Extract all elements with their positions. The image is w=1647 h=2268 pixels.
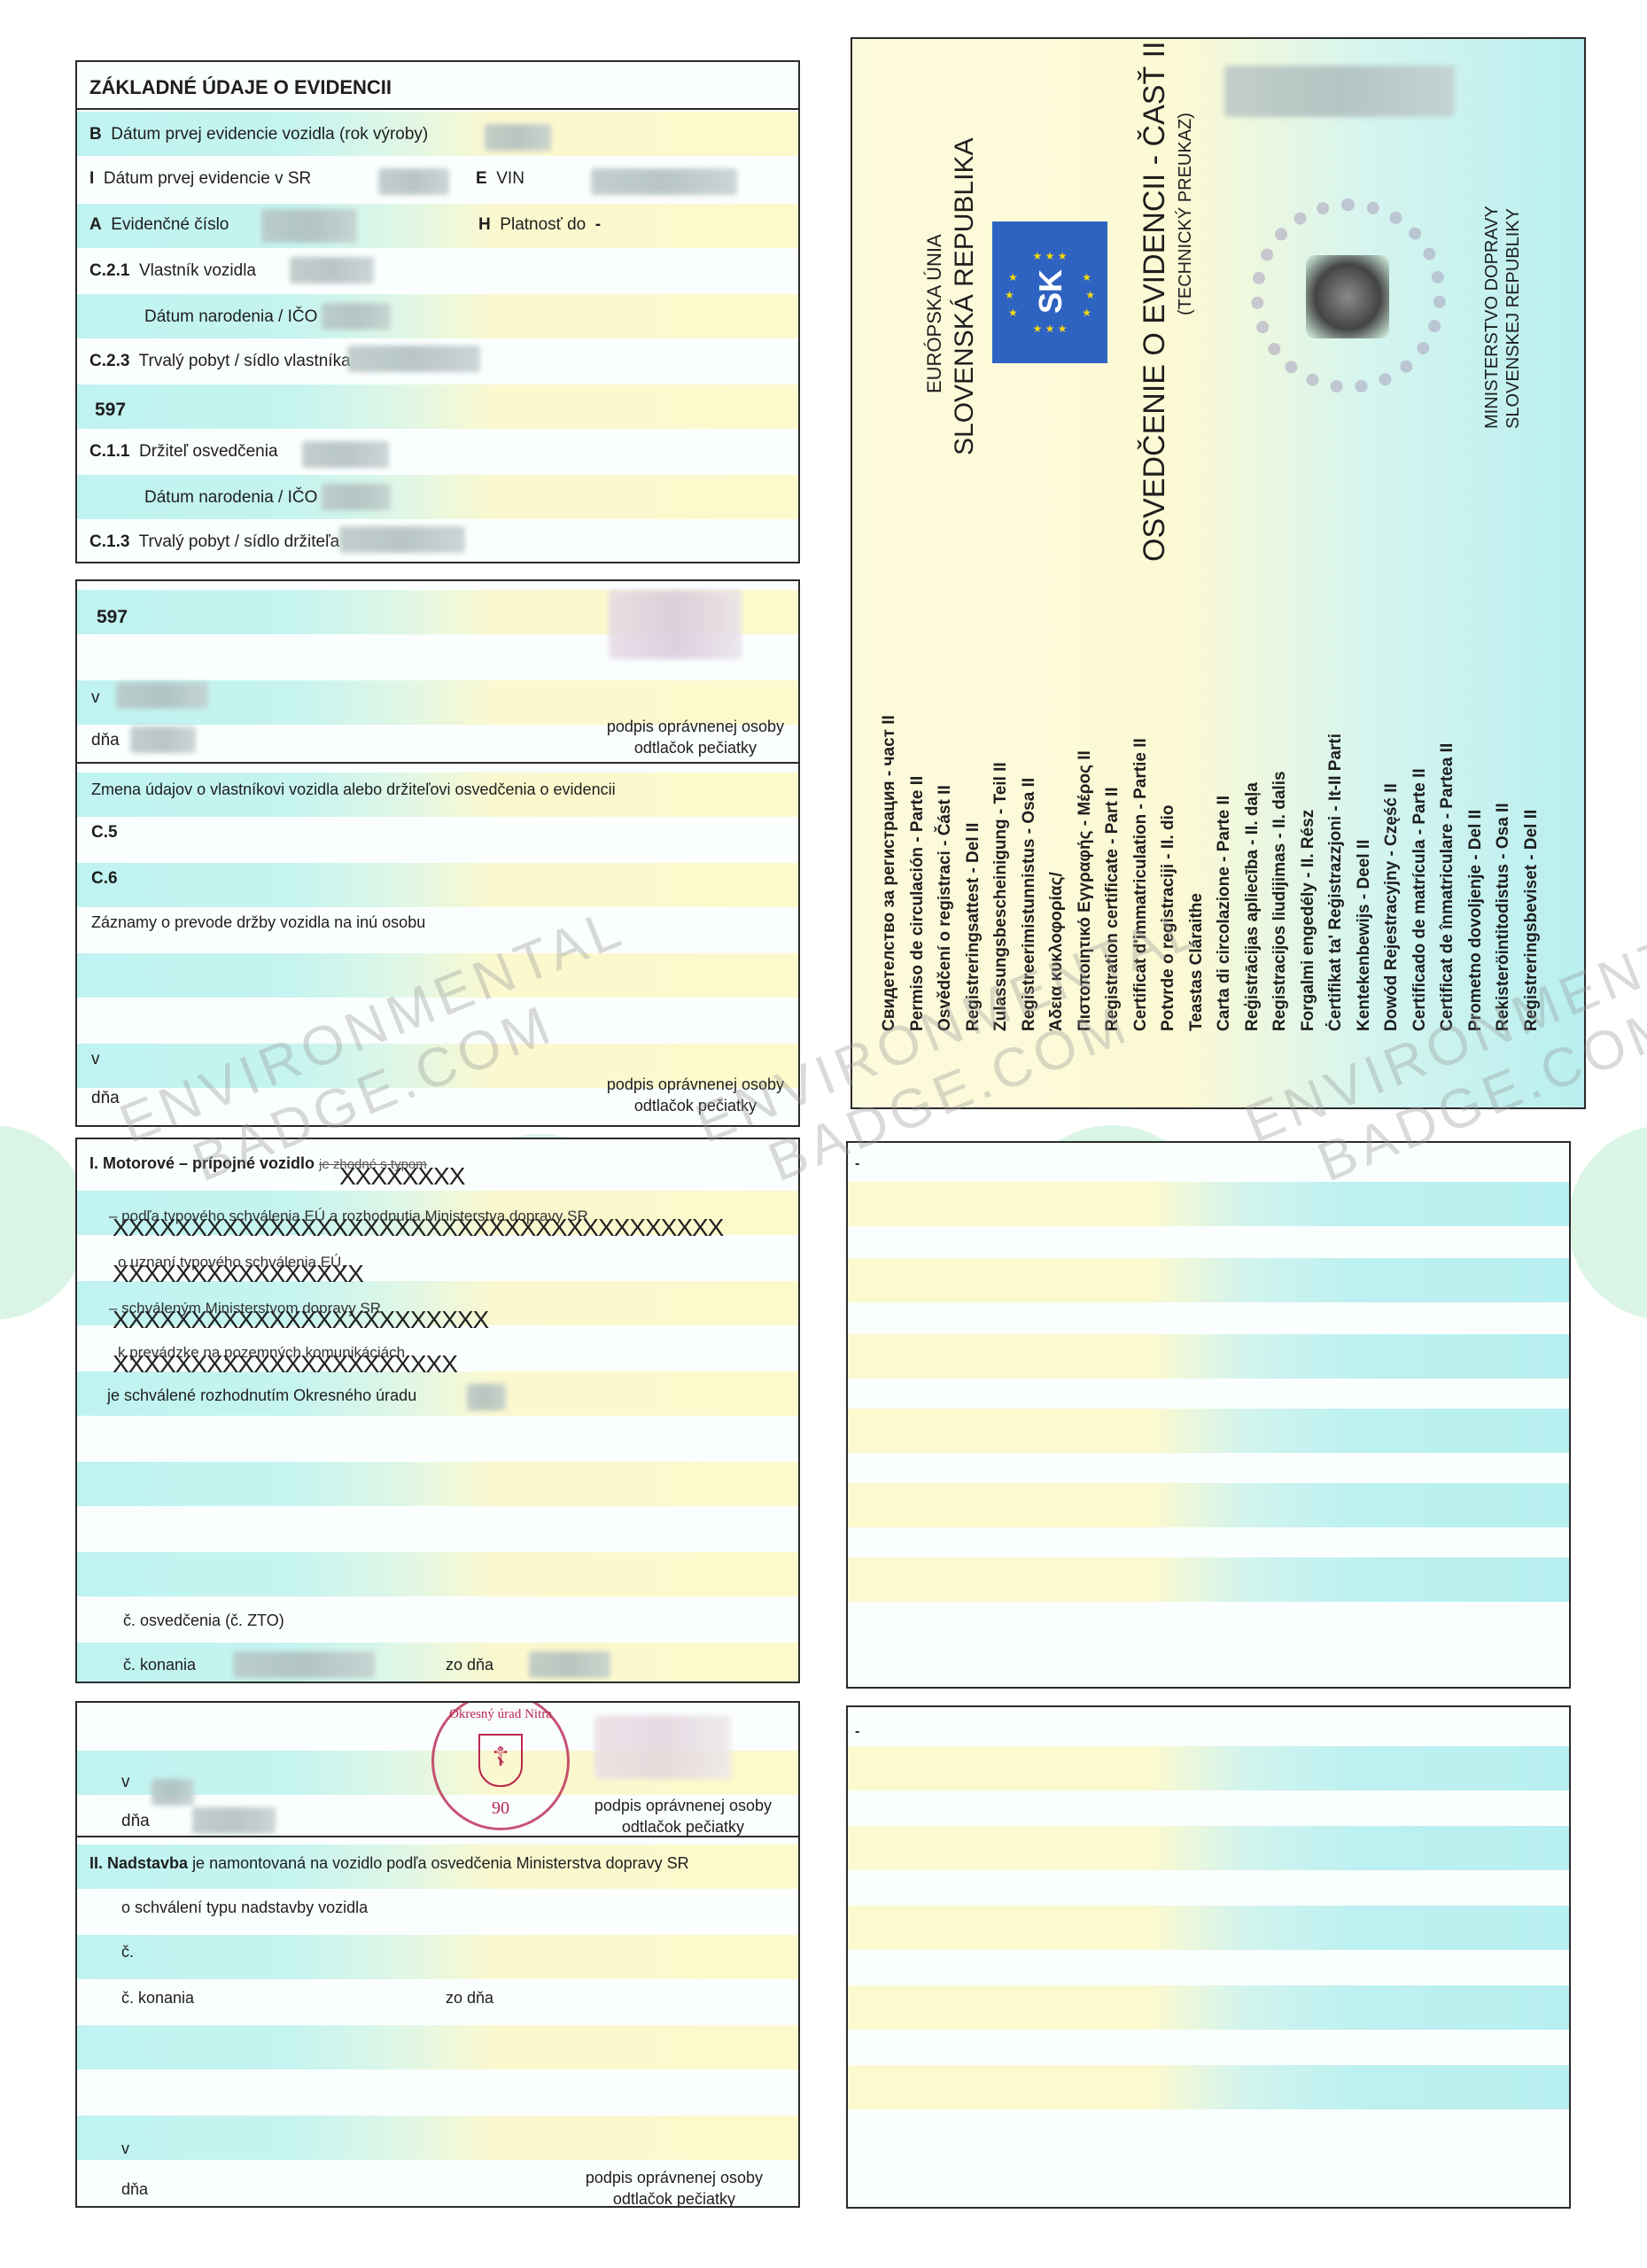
translation-line: Osvědčení o registraci - Část II — [936, 785, 953, 1031]
bodywork-heading-bold: II. Nadstavba — [89, 1854, 188, 1872]
section-divider — [77, 1836, 798, 1837]
field-label: Evidenčné číslo — [111, 215, 229, 234]
translation-line: Registreringsbeviset - Del II — [1523, 810, 1540, 1031]
page-mark: - — [855, 1157, 859, 1171]
sig-line: podpis oprávnenej osoby — [586, 2167, 763, 2188]
proc-no-label: č. konania — [123, 1657, 196, 1673]
redacted-serial — [1224, 66, 1455, 117]
translation-line: Registracijos liudijimas - II. dalis — [1271, 771, 1288, 1031]
bg-band — [77, 2116, 798, 2160]
type-approval-label: o schválení typu nadstavby vozidla — [121, 1899, 368, 1915]
cert-no-label: č. osvedčenia (č. ZTO) — [123, 1612, 284, 1628]
body-proc-no-label: č. konania — [121, 1990, 194, 2006]
redacted-value — [130, 726, 196, 753]
bg-band — [848, 1746, 1569, 1790]
changes-panel: 597 v dňa podpis oprávnenej osobyodtlačo… — [75, 579, 800, 1127]
field-c6: C.6 — [91, 870, 118, 887]
translation-line: Registreerimistunnistus - Osa II — [1021, 778, 1037, 1031]
translation-line: Свидетелство за регистрация - част II — [881, 715, 897, 1031]
field-label: Vlastník vozidla — [139, 261, 256, 280]
field-c11: C.1.1 Držiteľ osvedčenia — [89, 443, 278, 460]
republic-label: SLOVENSKÁ REPUBLIKA — [952, 138, 978, 455]
redacted-value — [116, 682, 208, 709]
translation-line: Reģistrācijas apliecība - II. daļa — [1244, 782, 1261, 1031]
blank-page-b: - — [846, 1705, 1571, 2209]
bg-band — [848, 1258, 1569, 1302]
crossout: XXXXXXXX — [339, 1164, 464, 1189]
redacted-value — [339, 526, 465, 553]
field-code: C.1.3 — [89, 532, 129, 551]
bg-band — [848, 1906, 1569, 1950]
redacted-value — [467, 1384, 506, 1410]
redacted-value — [322, 484, 391, 510]
field-i: I Dátum prvej evidencie v SR — [89, 170, 311, 187]
bg-band — [848, 1483, 1569, 1527]
changes-signature-caption: podpis oprávnenej osobyodtlačok pečiatky — [607, 1074, 784, 1117]
issuance-signature-caption: podpis oprávnenej osobyodtlačok pečiatky — [607, 716, 784, 759]
field-c21: C.2.1 Vlastník vozidla — [89, 262, 256, 279]
redacted-signature — [609, 590, 742, 659]
body-from-date-label: zo dňa — [446, 1990, 493, 2006]
translation-line: Dowód Rejestracyjny - Część II — [1383, 783, 1400, 1031]
field-code: A — [89, 215, 102, 234]
translation-line: Certificat de înmatriculare - Partea II — [1439, 743, 1456, 1031]
watermark-car-circle — [1568, 1125, 1647, 1320]
flag-code: SK — [1035, 269, 1067, 314]
translation-line: Certificado de matrícula - Parte II — [1411, 768, 1428, 1031]
stamp-signature-caption: podpis oprávnenej osobyodtlačok pečiatky — [594, 1795, 772, 1838]
field-c5: C.5 — [91, 824, 118, 841]
field-e: E VIN — [476, 170, 524, 187]
official-stamp: Okresný úrad Nitra ☦ 90 — [431, 1701, 570, 1830]
field-label: VIN — [496, 169, 524, 188]
crossout: XXXXXXXXXXXXXXXXXXXXXXXXXXXXXXXXXXXXXXX — [113, 1216, 723, 1240]
changes-date-label: dňa — [91, 1090, 120, 1107]
field-value: - — [595, 215, 601, 234]
redacted-value — [378, 168, 449, 195]
redacted-vin — [591, 168, 737, 195]
redacted-value — [233, 1651, 375, 1678]
basic-data-panel: ZÁKLADNÉ ÚDAJE O EVIDENCII B Dátum prvej… — [75, 60, 800, 563]
bg-band — [848, 1182, 1569, 1226]
code-597: 597 — [95, 400, 126, 419]
redacted-value — [290, 257, 374, 283]
bg-band — [848, 1985, 1569, 2030]
eu-label: EURÓPSKA ÚNIA — [925, 234, 944, 393]
translation-line: Potvrde o registraciji - II. dio — [1160, 805, 1177, 1032]
redacted-value — [485, 124, 551, 151]
field-label: Dátum prvej evidencie v SR — [104, 169, 311, 188]
blank-page-a: - — [846, 1141, 1571, 1689]
cover-title: OSVEDČENIE O EVIDENCII - ČASŤ II — [1139, 41, 1169, 562]
field-label: Platnosť do — [500, 215, 586, 234]
bg-band — [848, 1334, 1569, 1379]
cover-subtitle: (TECHNICKÝ PREUKAZ) — [1177, 113, 1194, 315]
changes-heading: Zmena údajov o vlastníkovi vozidla alebo… — [91, 781, 616, 797]
translation-line: Carta di circolazione - Parte II — [1216, 796, 1232, 1031]
sig-line: odtlačok pečiatky — [586, 2188, 763, 2208]
basic-heading: ZÁKLADNÉ ÚDAJE O EVIDENCII — [89, 78, 392, 97]
sig-line: podpis oprávnenej osoby — [607, 716, 784, 737]
issuance-place-label: v — [91, 689, 100, 706]
coat-of-arms-icon: ☦ — [478, 1734, 523, 1787]
bodywork-heading-rest: je namontovaná na vozidlo podľa osvedčen… — [192, 1854, 689, 1872]
field-b: B Dátum prvej evidencie vozidla (rok výr… — [89, 126, 428, 143]
redacted-plate — [261, 209, 357, 243]
body-date-label: dňa — [121, 2181, 148, 2197]
issuance-code: 597 — [97, 608, 128, 626]
crossout: XXXXXXXXXXXXXXXXXXXXXXXX — [113, 1308, 488, 1332]
stamp-text: Okresný úrad Nitra — [434, 1707, 567, 1722]
field-label: Trvalý pobyt / sídlo vlastníka — [139, 352, 351, 370]
field-code: E — [476, 169, 487, 188]
field-a: A Evidenčné číslo — [89, 216, 229, 233]
bg-band — [848, 1826, 1569, 1870]
sig-line: odtlačok pečiatky — [594, 1816, 772, 1837]
page-mark: - — [855, 1725, 859, 1739]
field-c23: C.2.3 Trvalý pobyt / sídlo vlastníka — [89, 353, 351, 369]
translation-line: Ċertifikat ta' Reġistrazzjoni - It-II Pa… — [1327, 734, 1344, 1031]
sig-line: podpis oprávnenej osoby — [594, 1795, 772, 1816]
crossout: XXXXXXXXXXXXXXXX — [113, 1262, 363, 1286]
translation-line: Certificat d'immatriculation - Partie II — [1132, 738, 1149, 1031]
bg-band — [77, 384, 798, 429]
translation-line: Rekisteröintitodistus - Osa II — [1495, 803, 1511, 1031]
redacted-value — [151, 1779, 194, 1806]
field-label: Dátum prvej evidencie vozidla (rok výrob… — [111, 125, 428, 144]
issuance-date-label: dňa — [91, 732, 120, 749]
eu-flag-icon: ★ ★ ★ ★★ ★★ ★★ ★ ★ ★ SK — [992, 221, 1107, 363]
translation-line: Teastas Cláraithe — [1188, 893, 1205, 1031]
translation-line: Άδεια κυκλοφορίας/ — [1048, 872, 1065, 1031]
approved-by-label: je schválené rozhodnutím Okresného úradu — [107, 1387, 416, 1403]
motor-heading-bold: I. Motorové – prípojné vozidlo — [89, 1154, 315, 1172]
translation-line: Registreringsattest - Del II — [965, 823, 982, 1031]
sig-line: odtlačok pečiatky — [607, 737, 784, 758]
sig-line: podpis oprávnenej osoby — [607, 1074, 784, 1095]
bg-band — [848, 2065, 1569, 2109]
bg-band — [77, 1935, 798, 1979]
bodywork-panel: v dňa Okresný úrad Nitra ☦ 90 podpis opr… — [75, 1701, 800, 2208]
field-code: C.2.1 — [89, 261, 129, 280]
field-c11-dob: Dátum narodenia / IČO — [144, 489, 317, 506]
redacted-signature — [594, 1715, 731, 1779]
section-divider — [77, 762, 798, 764]
translation-line: Permiso de circulación - Parte II — [909, 776, 926, 1031]
translation-line: Prometno dovoljenje - Del II — [1467, 810, 1484, 1031]
body-signature-caption: podpis oprávnenej osobyodtlačok pečiatky — [586, 2167, 763, 2208]
heading-divider — [77, 108, 798, 110]
field-c13: C.1.3 Trvalý pobyt / sídlo držiteľa — [89, 533, 339, 550]
bg-band — [848, 1557, 1569, 1602]
stamp-date-label: dňa — [121, 1813, 150, 1829]
ministry-line-2: SLOVENSKEJ REPUBLIKY — [1504, 208, 1522, 429]
changes-place-label: v — [91, 1051, 100, 1068]
bg-band — [77, 863, 798, 907]
field-label: Trvalý pobyt / sídlo držiteľa — [139, 532, 340, 551]
bodywork-heading: II. Nadstavba je namontovaná na vozidlo … — [89, 1855, 689, 1871]
field-code: I — [89, 169, 94, 188]
bg-band — [77, 1462, 798, 1506]
redacted-value — [322, 303, 391, 330]
field-label: Držiteľ osvedčenia — [139, 442, 278, 461]
bg-band — [77, 2025, 798, 2070]
stamp-number: 90 — [434, 1798, 567, 1819]
field-code: C.1.1 — [89, 442, 129, 461]
ministry-line-1: MINISTERSTVO DOPRAVY — [1483, 206, 1501, 429]
translation-line: Forgalmi engedély - II. Rész — [1300, 810, 1317, 1031]
redacted-value — [302, 441, 389, 468]
field-code: C.2.3 — [89, 352, 129, 370]
field-code: H — [478, 215, 491, 234]
motor-vehicle-panel: I. Motorové – prípojné vozidlo je zhodné… — [75, 1138, 800, 1683]
translation-line: Kentekenbewijs - Deel II — [1356, 840, 1372, 1031]
cover-page: EURÓPSKA ÚNIA SLOVENSKÁ REPUBLIKA ★ ★ ★ … — [851, 37, 1586, 1109]
redacted-value — [192, 1807, 276, 1834]
bg-band — [848, 1409, 1569, 1453]
hologram-icon — [1251, 198, 1446, 393]
body-place-label: v — [121, 2140, 129, 2156]
stamp-place-label: v — [121, 1774, 130, 1790]
body-no-label: č. — [121, 1944, 134, 1960]
bg-band — [77, 1552, 798, 1596]
translation-line: Πιστοποιητικό Εγγραφής - Μέρος II — [1076, 750, 1093, 1031]
bg-band — [77, 953, 798, 998]
redacted-value — [347, 346, 480, 372]
translation-line: Zulassungsbescheinigung - Teil II — [992, 762, 1009, 1031]
field-c21-dob: Dátum narodenia / IČO — [144, 308, 317, 325]
crossout: XXXXXXXXXXXXXXXXXXXXXX — [113, 1352, 457, 1377]
translation-line: Registration certificate - Part II — [1104, 787, 1121, 1031]
sig-line: odtlačok pečiatky — [607, 1095, 784, 1116]
field-code: B — [89, 125, 102, 144]
redacted-value — [529, 1651, 610, 1678]
from-date-label: zo dňa — [446, 1657, 493, 1673]
transfer-records-label: Záznamy o prevode držby vozidla na inú o… — [91, 914, 425, 930]
field-h: H Platnosť do - — [478, 216, 601, 233]
